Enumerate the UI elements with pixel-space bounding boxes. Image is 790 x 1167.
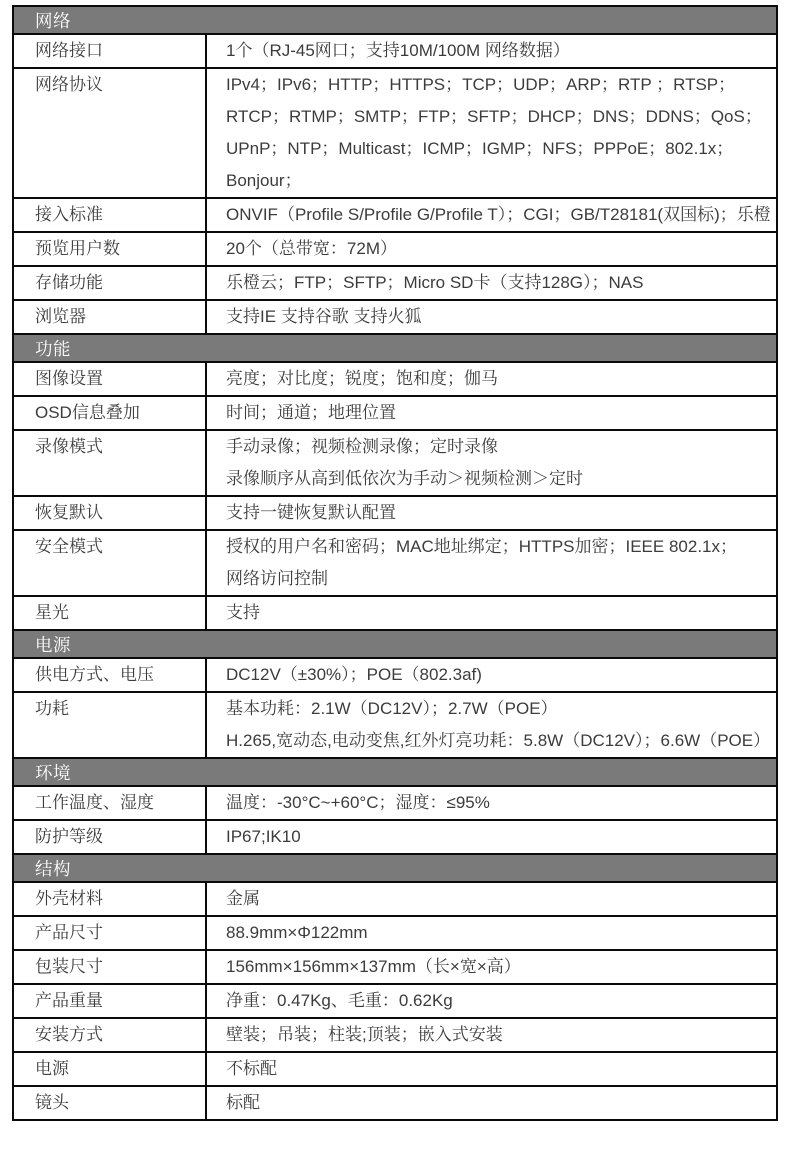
spec-label: 浏览器: [14, 301, 207, 333]
spec-row: 安全模式 授权的用户名和密码；MAC地址绑定；HTTPS加密；IEEE 802.…: [14, 531, 776, 597]
section-title: 功能: [35, 339, 71, 359]
spec-value-line: 温度：-30°C~+60°C；湿度：≤95%: [226, 787, 770, 819]
spec-row: 供电方式、电压 DC12V（±30%）；POE（802.3af): [14, 659, 776, 693]
spec-value: 20个（总带宽：72M）: [207, 233, 776, 265]
spec-value-line: RTCP；RTMP；SMTP；FTP；SFTP；DHCP；DNS；DDNS；Qo…: [226, 101, 770, 133]
spec-value: IP67;IK10: [207, 821, 776, 853]
spec-label: 恢复默认: [14, 497, 207, 529]
spec-row: 包装尺寸 156mm×156mm×137mm（长×宽×高）: [14, 951, 776, 985]
spec-value: 亮度；对比度；锐度；饱和度；伽马: [207, 363, 776, 395]
spec-value-line: UPnP；NTP；Multicast；ICMP；IGMP；NFS；PPPoE；8…: [226, 133, 770, 165]
spec-value: 不标配: [207, 1053, 776, 1085]
section-header: 结构: [14, 855, 776, 883]
section-header: 环境: [14, 759, 776, 787]
spec-row: 功耗 基本功耗：2.1W（DC12V）；2.7W（POE）H.265,宽动态,电…: [14, 693, 776, 759]
spec-label: 产品尺寸: [14, 917, 207, 949]
spec-label: 存储功能: [14, 267, 207, 299]
spec-value-line: 20个（总带宽：72M）: [226, 233, 770, 265]
spec-section: 电源 供电方式、电压 DC12V（±30%）；POE（802.3af) 功耗 基…: [14, 631, 776, 759]
spec-value: 乐橙云；FTP；SFTP；Micro SD卡（支持128G）；NAS: [207, 267, 776, 299]
spec-label: 供电方式、电压: [14, 659, 207, 691]
spec-value: ONVIF（Profile S/Profile G/Profile T）；CGI…: [207, 199, 777, 231]
spec-row: OSD信息叠加 时间；通道；地理位置: [14, 397, 776, 431]
spec-value: DC12V（±30%）；POE（802.3af): [207, 659, 776, 691]
spec-section: 功能 图像设置 亮度；对比度；锐度；饱和度；伽马 OSD信息叠加 时间；通道；地…: [14, 335, 776, 631]
spec-label: 包装尺寸: [14, 951, 207, 983]
spec-label: 外壳材料: [14, 883, 207, 915]
spec-section: 环境 工作温度、湿度 温度：-30°C~+60°C；湿度：≤95% 防护等级 I…: [14, 759, 776, 855]
spec-row: 安装方式 壁装；吊装；柱装;顶装；嵌入式安装: [14, 1019, 776, 1053]
spec-value-line: 净重：0.47Kg、毛重：0.62Kg: [226, 985, 770, 1017]
spec-label: 功耗: [14, 693, 207, 757]
spec-row: 网络接口 1个（RJ-45网口；支持10M/100M 网络数据）: [14, 35, 776, 69]
section-title: 结构: [35, 859, 71, 879]
spec-value-line: 金属: [226, 883, 770, 915]
spec-value: 支持一键恢复默认配置: [207, 497, 776, 529]
spec-row: 电源 不标配: [14, 1053, 776, 1087]
spec-row: 外壳材料 金属: [14, 883, 776, 917]
spec-value: 净重：0.47Kg、毛重：0.62Kg: [207, 985, 776, 1017]
spec-value-line: 手动录像；视频检测录像；定时录像: [226, 431, 770, 463]
section-title: 网络: [35, 11, 71, 31]
spec-value: 壁装；吊装；柱装;顶装；嵌入式安装: [207, 1019, 776, 1051]
spec-row: 恢复默认 支持一键恢复默认配置: [14, 497, 776, 531]
spec-value: 支持IE 支持谷歌 支持火狐: [207, 301, 776, 333]
spec-value: 88.9mm×Φ122mm: [207, 917, 776, 949]
spec-value-line: DC12V（±30%）；POE（802.3af): [226, 659, 770, 691]
spec-value-line: 标配: [226, 1087, 770, 1119]
spec-value-line: 壁装；吊装；柱装;顶装；嵌入式安装: [226, 1019, 770, 1051]
spec-value-line: IPv4；IPv6；HTTP；HTTPS；TCP；UDP；ARP；RTP ；RT…: [226, 69, 770, 101]
spec-value-line: 亮度；对比度；锐度；饱和度；伽马: [226, 363, 770, 395]
spec-value-line: 156mm×156mm×137mm（长×宽×高）: [226, 951, 770, 983]
spec-value: 温度：-30°C~+60°C；湿度：≤95%: [207, 787, 776, 819]
spec-value-line: 授权的用户名和密码；MAC地址绑定；HTTPS加密；IEEE 802.1x；: [226, 531, 770, 563]
spec-label: 预览用户数: [14, 233, 207, 265]
spec-row: 图像设置 亮度；对比度；锐度；饱和度；伽马: [14, 363, 776, 397]
spec-label: 防护等级: [14, 821, 207, 853]
spec-label: 星光: [14, 597, 207, 629]
spec-label: OSD信息叠加: [14, 397, 207, 429]
spec-row: 存储功能 乐橙云；FTP；SFTP；Micro SD卡（支持128G）；NAS: [14, 267, 776, 301]
spec-row: 镜头 标配: [14, 1087, 776, 1119]
spec-label: 图像设置: [14, 363, 207, 395]
spec-label: 产品重量: [14, 985, 207, 1017]
spec-value-line: H.265,宽动态,电动变焦,红外灯亮功耗：5.8W（DC12V）；6.6W（P…: [226, 725, 770, 757]
spec-value: 1个（RJ-45网口；支持10M/100M 网络数据）: [207, 35, 776, 67]
spec-value-line: 支持: [226, 597, 770, 629]
spec-table: 网络 网络接口 1个（RJ-45网口；支持10M/100M 网络数据） 网络协议…: [12, 5, 778, 1121]
spec-value-line: 乐橙云；FTP；SFTP；Micro SD卡（支持128G）；NAS: [226, 267, 770, 299]
spec-row: 浏览器 支持IE 支持谷歌 支持火狐: [14, 301, 776, 335]
spec-row: 工作温度、湿度 温度：-30°C~+60°C；湿度：≤95%: [14, 787, 776, 821]
spec-row: 预览用户数 20个（总带宽：72M）: [14, 233, 776, 267]
spec-value-line: 不标配: [226, 1053, 770, 1085]
spec-value-line: IP67;IK10: [226, 821, 770, 853]
spec-value-line: ONVIF（Profile S/Profile G/Profile T）；CGI…: [226, 199, 771, 231]
spec-label: 安全模式: [14, 531, 207, 595]
spec-value: 时间；通道；地理位置: [207, 397, 776, 429]
section-title: 电源: [35, 635, 71, 655]
spec-value-line: 88.9mm×Φ122mm: [226, 917, 770, 949]
spec-row: 星光 支持: [14, 597, 776, 631]
spec-row: 防护等级 IP67;IK10: [14, 821, 776, 855]
spec-value-line: 网络访问控制: [226, 563, 770, 595]
spec-label: 电源: [14, 1053, 207, 1085]
spec-value: 金属: [207, 883, 776, 915]
spec-value: 支持: [207, 597, 776, 629]
section-header: 网络: [14, 7, 776, 35]
spec-label: 安装方式: [14, 1019, 207, 1051]
spec-row: 网络协议 IPv4；IPv6；HTTP；HTTPS；TCP；UDP；ARP；RT…: [14, 69, 776, 199]
spec-value-line: 1个（RJ-45网口；支持10M/100M 网络数据）: [226, 35, 770, 67]
spec-value-line: 支持一键恢复默认配置: [226, 497, 770, 529]
spec-value: IPv4；IPv6；HTTP；HTTPS；TCP；UDP；ARP；RTP ；RT…: [207, 69, 776, 197]
spec-value: 156mm×156mm×137mm（长×宽×高）: [207, 951, 776, 983]
spec-row: 接入标准 ONVIF（Profile S/Profile G/Profile T…: [14, 199, 776, 233]
section-header: 功能: [14, 335, 776, 363]
spec-row: 产品尺寸 88.9mm×Φ122mm: [14, 917, 776, 951]
spec-label: 网络协议: [14, 69, 207, 197]
spec-label: 网络接口: [14, 35, 207, 67]
spec-section: 结构 外壳材料 金属 产品尺寸 88.9mm×Φ122mm 包装尺寸 156mm…: [14, 855, 776, 1119]
section-header: 电源: [14, 631, 776, 659]
section-title: 环境: [35, 763, 71, 783]
spec-value: 标配: [207, 1087, 776, 1119]
spec-value: 基本功耗：2.1W（DC12V）；2.7W（POE）H.265,宽动态,电动变焦…: [207, 693, 776, 757]
spec-row: 产品重量 净重：0.47Kg、毛重：0.62Kg: [14, 985, 776, 1019]
spec-value: 手动录像；视频检测录像；定时录像录像顺序从高到低依次为手动＞视频检测＞定时: [207, 431, 776, 495]
spec-label: 镜头: [14, 1087, 207, 1119]
spec-label: 接入标准: [14, 199, 207, 231]
spec-value-line: Bonjour；: [226, 165, 770, 197]
spec-label: 工作温度、湿度: [14, 787, 207, 819]
spec-value: 授权的用户名和密码；MAC地址绑定；HTTPS加密；IEEE 802.1x；网络…: [207, 531, 776, 595]
spec-value-line: 基本功耗：2.1W（DC12V）；2.7W（POE）: [226, 693, 770, 725]
spec-value-line: 时间；通道；地理位置: [226, 397, 770, 429]
spec-value-line: 录像顺序从高到低依次为手动＞视频检测＞定时: [226, 463, 770, 495]
spec-row: 录像模式 手动录像；视频检测录像；定时录像录像顺序从高到低依次为手动＞视频检测＞…: [14, 431, 776, 497]
spec-label: 录像模式: [14, 431, 207, 495]
spec-section: 网络 网络接口 1个（RJ-45网口；支持10M/100M 网络数据） 网络协议…: [14, 7, 776, 335]
spec-value-line: 支持IE 支持谷歌 支持火狐: [226, 301, 770, 333]
